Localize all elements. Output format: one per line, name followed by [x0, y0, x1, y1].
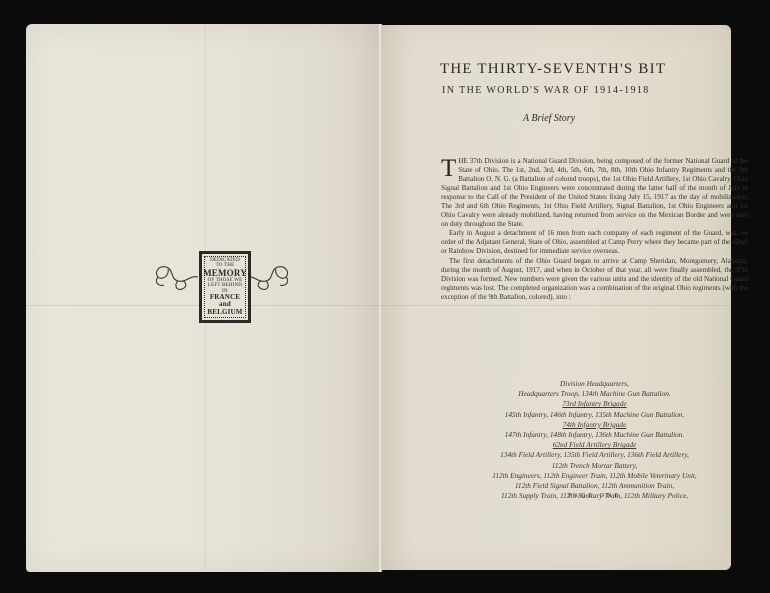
document-tagline: A Brief Story: [523, 113, 575, 124]
unit-heading: 62nd Field Artillery Brigade: [441, 440, 748, 450]
unit-line: 112th Field Signal Battalion, 112th Ammu…: [441, 481, 748, 491]
horizontal-fold-crease: [26, 305, 731, 306]
unit-line: 134th Field Artillery, 135th Field Artil…: [441, 450, 748, 460]
booklet-spine: [378, 24, 382, 572]
drop-cap: T: [441, 159, 456, 179]
unit-list: Division Headquarters, Headquarters Troo…: [441, 379, 748, 501]
ribbon-ornament-right-icon: [244, 255, 292, 295]
unit-line: Division Headquarters,: [441, 379, 748, 389]
dedication-line: MEMORY: [203, 269, 247, 278]
paragraph: Early in August a detachment of 16 men f…: [441, 229, 748, 256]
dedication-plaque: DEDICATED TO THE MEMORY OF THOSE WE LEFT…: [199, 251, 251, 323]
unit-heading: 73rd Infantry Brigade: [441, 399, 748, 409]
document-title: THE THIRTY-SEVENTH'S BIT: [440, 61, 730, 78]
ribbon-ornament-left-icon: [152, 255, 200, 295]
unit-line: Headquarters Troop, 134th Machine Gun Ba…: [441, 389, 748, 399]
unit-line: 112th Trench Mortar Battery,: [441, 461, 748, 471]
page-number: PAGE ONE: [441, 493, 748, 499]
paragraph: The first detachments of the Ohio Guard …: [441, 257, 748, 302]
paragraph-text: HE 37th Division is a National Guard Div…: [441, 157, 748, 228]
body-text: THE 37th Division is a National Guard Di…: [441, 157, 748, 302]
unit-heading: 74th Infantry Brigade: [441, 420, 748, 430]
dedication-line: BELGIUM: [207, 309, 242, 316]
paragraph: THE 37th Division is a National Guard Di…: [441, 157, 748, 229]
unit-line: 112th Engineers, 112th Engineer Train, 1…: [441, 471, 748, 481]
document-subtitle: IN THE WORLD'S WAR OF 1914-1918: [442, 85, 732, 96]
unit-line: 147th Infantry, 148th Infantry, 136th Ma…: [441, 430, 748, 440]
unit-line: 145th Infantry, 146th Infantry, 135th Ma…: [441, 410, 748, 420]
dedication-line: FRANCE and: [204, 294, 246, 309]
